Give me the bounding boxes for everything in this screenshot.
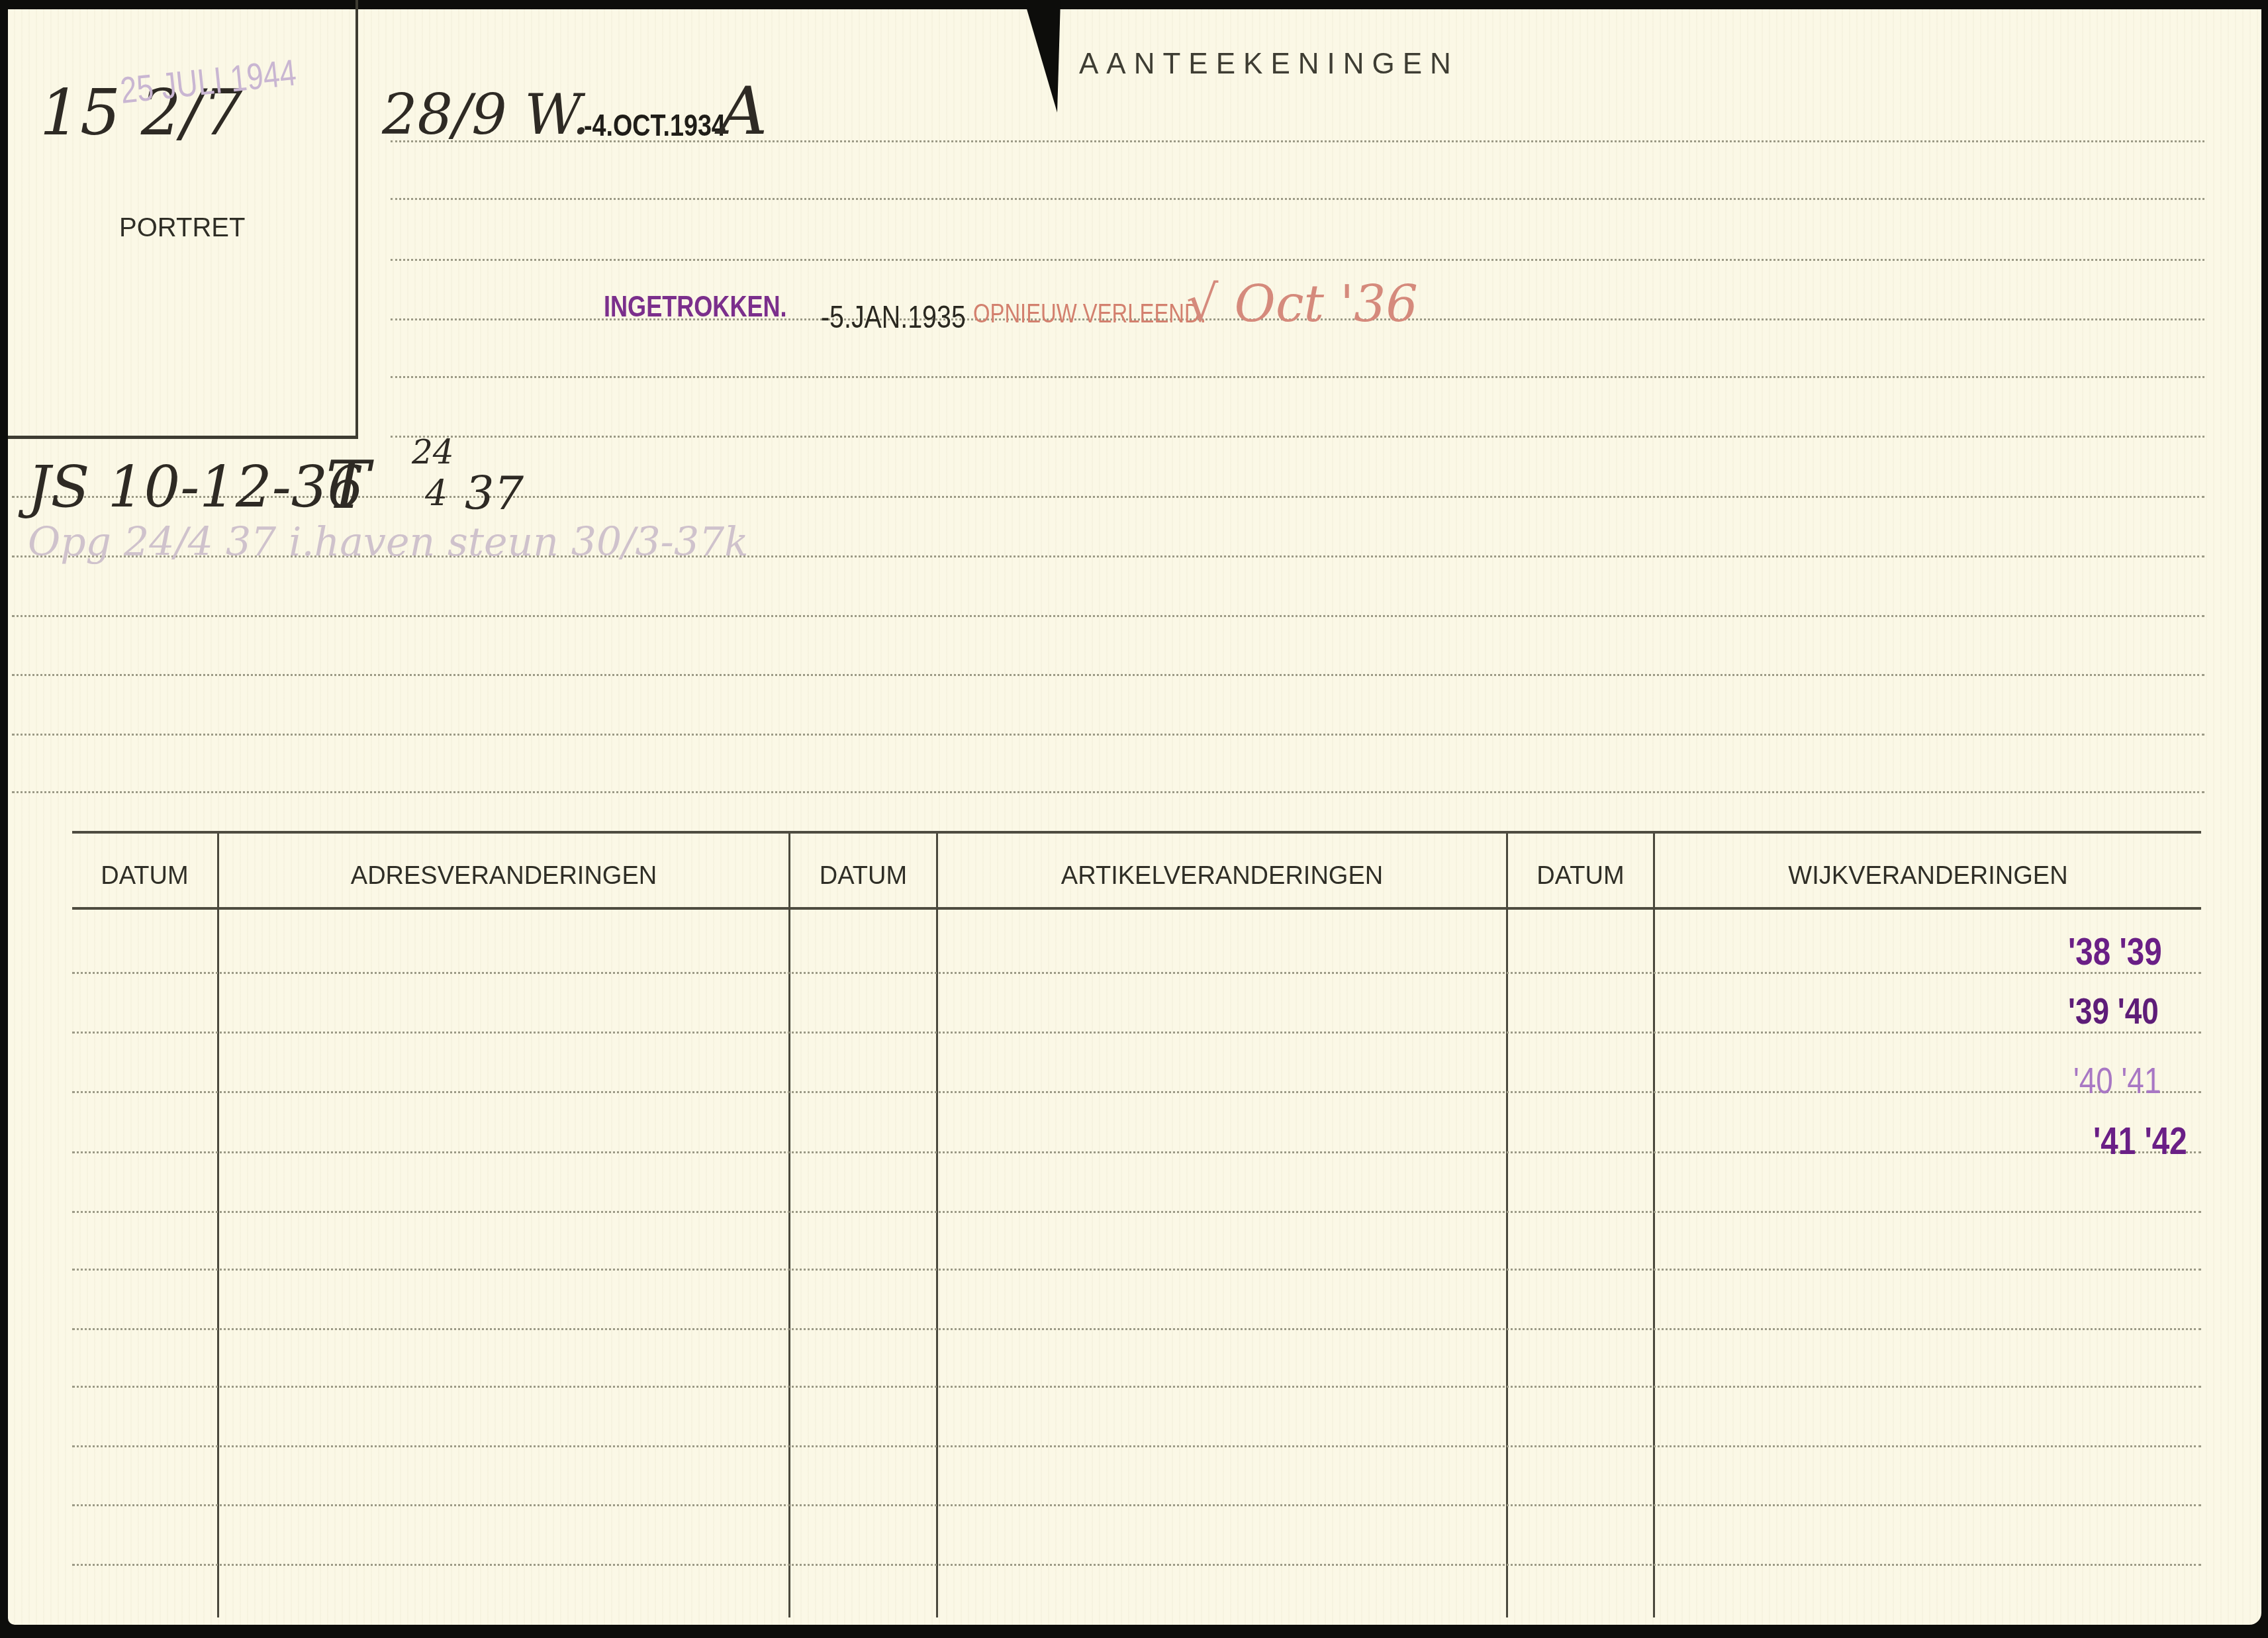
column-header-wijkveranderingen: WIJKVERANDERINGEN: [1655, 862, 2201, 891]
note-handwritten-mark-3: T: [326, 446, 370, 524]
table-top-border: [72, 831, 2201, 834]
table-row-line: [72, 1564, 2201, 1566]
table-row-line: [72, 1032, 2201, 1034]
renewed-handwritten: √ Oct '36: [1186, 274, 1418, 333]
note-line: [12, 674, 2204, 676]
withdrawn-date-stamp: -5.JAN.1935: [821, 299, 966, 336]
renewed-stamp: OPNIEUW VERLEEND.: [973, 299, 1206, 329]
column-header-datum-1: DATUM: [72, 862, 217, 891]
column-divider: [1506, 834, 1508, 1617]
header-title: AANTEEKENINGEN: [1079, 48, 1459, 81]
note-line: [12, 734, 2204, 736]
table-row-line: [72, 1151, 2201, 1153]
note-date-numerator: 24: [412, 433, 454, 471]
note-handwritten-1: 28/9 W.: [382, 82, 590, 147]
portrait-label: PORTRET: [119, 213, 245, 243]
wijk-stamp-3: '40 '41: [2073, 1059, 2161, 1102]
tab-notch-shape: [1024, 0, 1064, 119]
note-line: [12, 615, 2204, 617]
table-header-bottom-border: [72, 907, 2201, 910]
table-row-line: [72, 1269, 2201, 1271]
note-handwritten-3: JS 10-12-36: [28, 454, 363, 520]
column-header-adresveranderingen: ADRESVERANDERINGEN: [219, 862, 788, 891]
note-line: [391, 376, 2204, 378]
table-row-line: [72, 1386, 2201, 1388]
column-divider: [217, 834, 219, 1617]
table-row-line: [72, 1211, 2201, 1213]
withdrawn-stamp: INGETROKKEN.: [604, 291, 787, 324]
note-year-3: 37: [465, 466, 524, 520]
column-header-artikelveranderingen: ARTIKELVERANDERINGEN: [938, 862, 1506, 891]
column-divider: [936, 834, 938, 1617]
note-line: [12, 791, 2204, 793]
note-faint-4: Opg 24/4 37 i.haven steun 30/3-37k: [28, 519, 749, 565]
wijk-stamp-1: '38 '39: [2068, 930, 2162, 974]
column-divider: [788, 834, 790, 1617]
wijk-stamp-2: '39 '40: [2068, 989, 2159, 1032]
table-row-line: [72, 1328, 2201, 1330]
note-line: [391, 198, 2204, 200]
registration-card: PORTRET 15 2/7 25 JULI 1944 AANTEEKENING…: [8, 9, 2261, 1625]
table-row-line: [72, 1445, 2201, 1447]
note-stamp-date-1: -4.OCT.1934: [584, 107, 726, 143]
column-divider: [1653, 834, 1655, 1617]
note-line: [391, 436, 2204, 438]
note-handwritten-suffix-1: A: [720, 72, 767, 150]
table-row-line: [72, 1091, 2201, 1093]
note-date-denominator: 4: [425, 473, 448, 514]
table-row-line: [72, 972, 2201, 974]
column-header-datum-2: DATUM: [790, 862, 936, 891]
note-line: [391, 259, 2204, 261]
table-row-line: [72, 1504, 2201, 1506]
wijk-stamp-4: '41 '42: [2093, 1119, 2187, 1163]
column-header-datum-3: DATUM: [1508, 862, 1653, 891]
